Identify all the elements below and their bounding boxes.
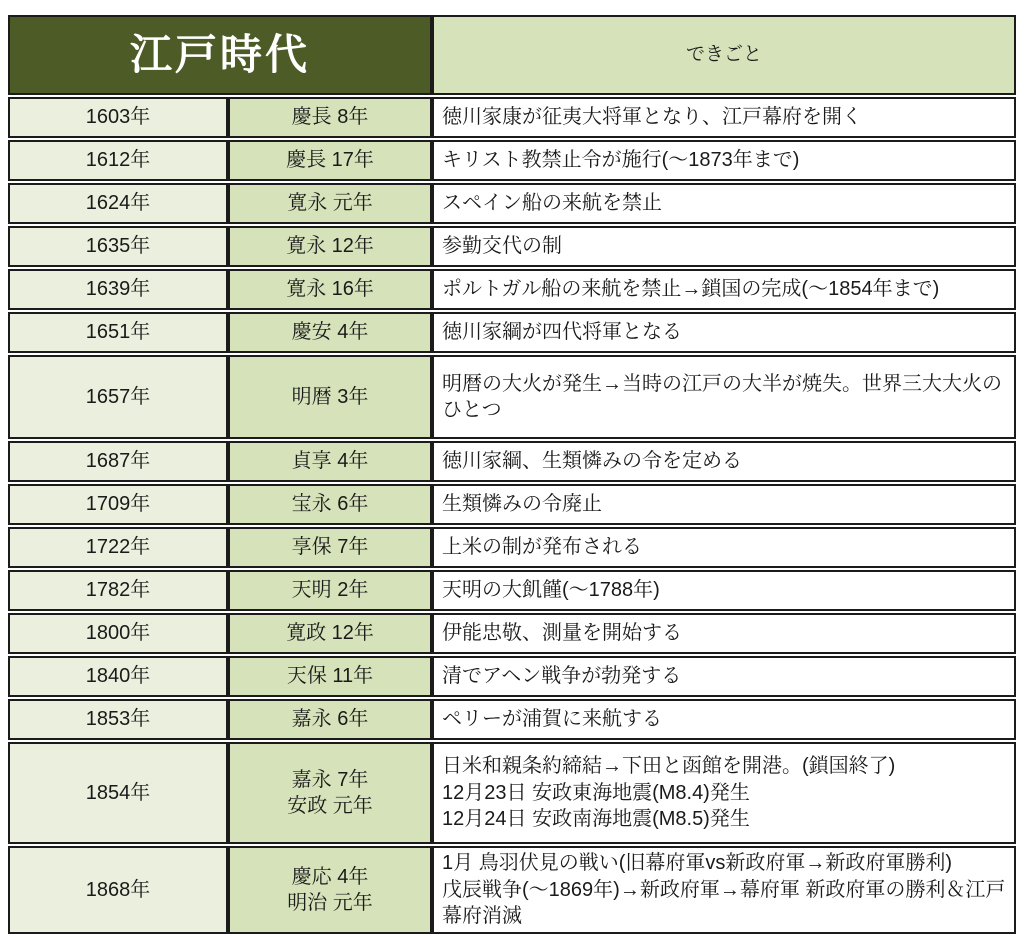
event-cell: スペイン船の来航を禁止 <box>432 183 1016 224</box>
event-cell: ポルトガル船の来航を禁止→鎖国の完成(〜1854年まで) <box>432 269 1016 310</box>
era-cell: 慶応 4年 明治 元年 <box>228 846 432 934</box>
event-cell: 上米の制が発布される <box>432 527 1016 568</box>
table-row: 1854年 嘉永 7年 安政 元年 日米和親条約締結→下田と函館を開港。(鎖国終… <box>8 742 1016 844</box>
table-row: 1657年 明暦 3年 明暦の大火が発生→当時の江戸の大半が焼失。世界三大大火の… <box>8 355 1016 439</box>
event-cell: 1月 鳥羽伏見の戦い(旧幕府軍vs新政府軍→新政府軍勝利) 戊辰戦争(〜1869… <box>432 846 1016 934</box>
year-cell: 1603年 <box>8 97 228 138</box>
event-cell: 参勤交代の制 <box>432 226 1016 267</box>
table-row: 1722年 享保 7年 上米の制が発布される <box>8 527 1016 568</box>
year-cell: 1853年 <box>8 699 228 740</box>
table-row: 1800年 寛政 12年 伊能忠敬、測量を開始する <box>8 613 1016 654</box>
table-row: 1624年 寛永 元年 スペイン船の来航を禁止 <box>8 183 1016 224</box>
year-cell: 1722年 <box>8 527 228 568</box>
era-cell: 慶長 8年 <box>228 97 432 138</box>
year-cell: 1782年 <box>8 570 228 611</box>
era-cell: 寛永 12年 <box>228 226 432 267</box>
year-cell: 1854年 <box>8 742 228 844</box>
table-row: 1639年 寛永 16年 ポルトガル船の来航を禁止→鎖国の完成(〜1854年まで… <box>8 269 1016 310</box>
year-cell: 1612年 <box>8 140 228 181</box>
table-row: 1651年 慶安 4年 徳川家綱が四代将軍となる <box>8 312 1016 353</box>
table-row: 1603年 慶長 8年 徳川家康が征夷大将軍となり、江戸幕府を開く <box>8 97 1016 138</box>
edo-period-timeline-table: 江戸時代 できごと 1603年 慶長 8年 徳川家康が征夷大将軍となり、江戸幕府… <box>8 13 1016 936</box>
era-cell: 享保 7年 <box>228 527 432 568</box>
era-cell: 嘉永 7年 安政 元年 <box>228 742 432 844</box>
year-cell: 1639年 <box>8 269 228 310</box>
year-cell: 1687年 <box>8 441 228 482</box>
year-cell: 1657年 <box>8 355 228 439</box>
year-cell: 1800年 <box>8 613 228 654</box>
era-cell: 寛永 16年 <box>228 269 432 310</box>
year-cell: 1868年 <box>8 846 228 934</box>
table-row: 1868年 慶応 4年 明治 元年 1月 鳥羽伏見の戦い(旧幕府軍vs新政府軍→… <box>8 846 1016 934</box>
event-cell: 徳川家綱、生類憐みの令を定める <box>432 441 1016 482</box>
table-row: 1635年 寛永 12年 参勤交代の制 <box>8 226 1016 267</box>
events-column-header: できごと <box>432 15 1016 95</box>
year-cell: 1624年 <box>8 183 228 224</box>
era-cell: 慶安 4年 <box>228 312 432 353</box>
era-cell: 宝永 6年 <box>228 484 432 525</box>
page: 江戸時代 できごと 1603年 慶長 8年 徳川家康が征夷大将軍となり、江戸幕府… <box>0 0 1024 906</box>
table-row: 1853年 嘉永 6年 ペリーが浦賀に来航する <box>8 699 1016 740</box>
event-cell: 伊能忠敬、測量を開始する <box>432 613 1016 654</box>
era-cell: 天保 11年 <box>228 656 432 697</box>
era-cell: 寛政 12年 <box>228 613 432 654</box>
event-cell: 生類憐みの令廃止 <box>432 484 1016 525</box>
table-row: 1612年 慶長 17年 キリスト教禁止令が施行(〜1873年まで) <box>8 140 1016 181</box>
table-header-row: 江戸時代 できごと <box>8 15 1016 95</box>
table-row: 1782年 天明 2年 天明の大飢饉(〜1788年) <box>8 570 1016 611</box>
event-cell: ペリーが浦賀に来航する <box>432 699 1016 740</box>
year-cell: 1635年 <box>8 226 228 267</box>
event-cell: 清でアヘン戦争が勃発する <box>432 656 1016 697</box>
event-cell: 明暦の大火が発生→当時の江戸の大半が焼失。世界三大大火のひとつ <box>432 355 1016 439</box>
era-cell: 明暦 3年 <box>228 355 432 439</box>
event-cell: キリスト教禁止令が施行(〜1873年まで) <box>432 140 1016 181</box>
table-row: 1687年 貞享 4年 徳川家綱、生類憐みの令を定める <box>8 441 1016 482</box>
event-cell: 徳川家綱が四代将軍となる <box>432 312 1016 353</box>
table-row: 1840年 天保 11年 清でアヘン戦争が勃発する <box>8 656 1016 697</box>
table-row: 1709年 宝永 6年 生類憐みの令廃止 <box>8 484 1016 525</box>
era-cell: 天明 2年 <box>228 570 432 611</box>
year-cell: 1840年 <box>8 656 228 697</box>
era-cell: 嘉永 6年 <box>228 699 432 740</box>
era-cell: 寛永 元年 <box>228 183 432 224</box>
event-cell: 日米和親条約締結→下田と函館を開港。(鎖国終了) 12月23日 安政東海地震(M… <box>432 742 1016 844</box>
event-cell: 天明の大飢饉(〜1788年) <box>432 570 1016 611</box>
event-cell: 徳川家康が征夷大将軍となり、江戸幕府を開く <box>432 97 1016 138</box>
table-title: 江戸時代 <box>8 15 432 95</box>
era-cell: 貞享 4年 <box>228 441 432 482</box>
era-cell: 慶長 17年 <box>228 140 432 181</box>
year-cell: 1709年 <box>8 484 228 525</box>
year-cell: 1651年 <box>8 312 228 353</box>
